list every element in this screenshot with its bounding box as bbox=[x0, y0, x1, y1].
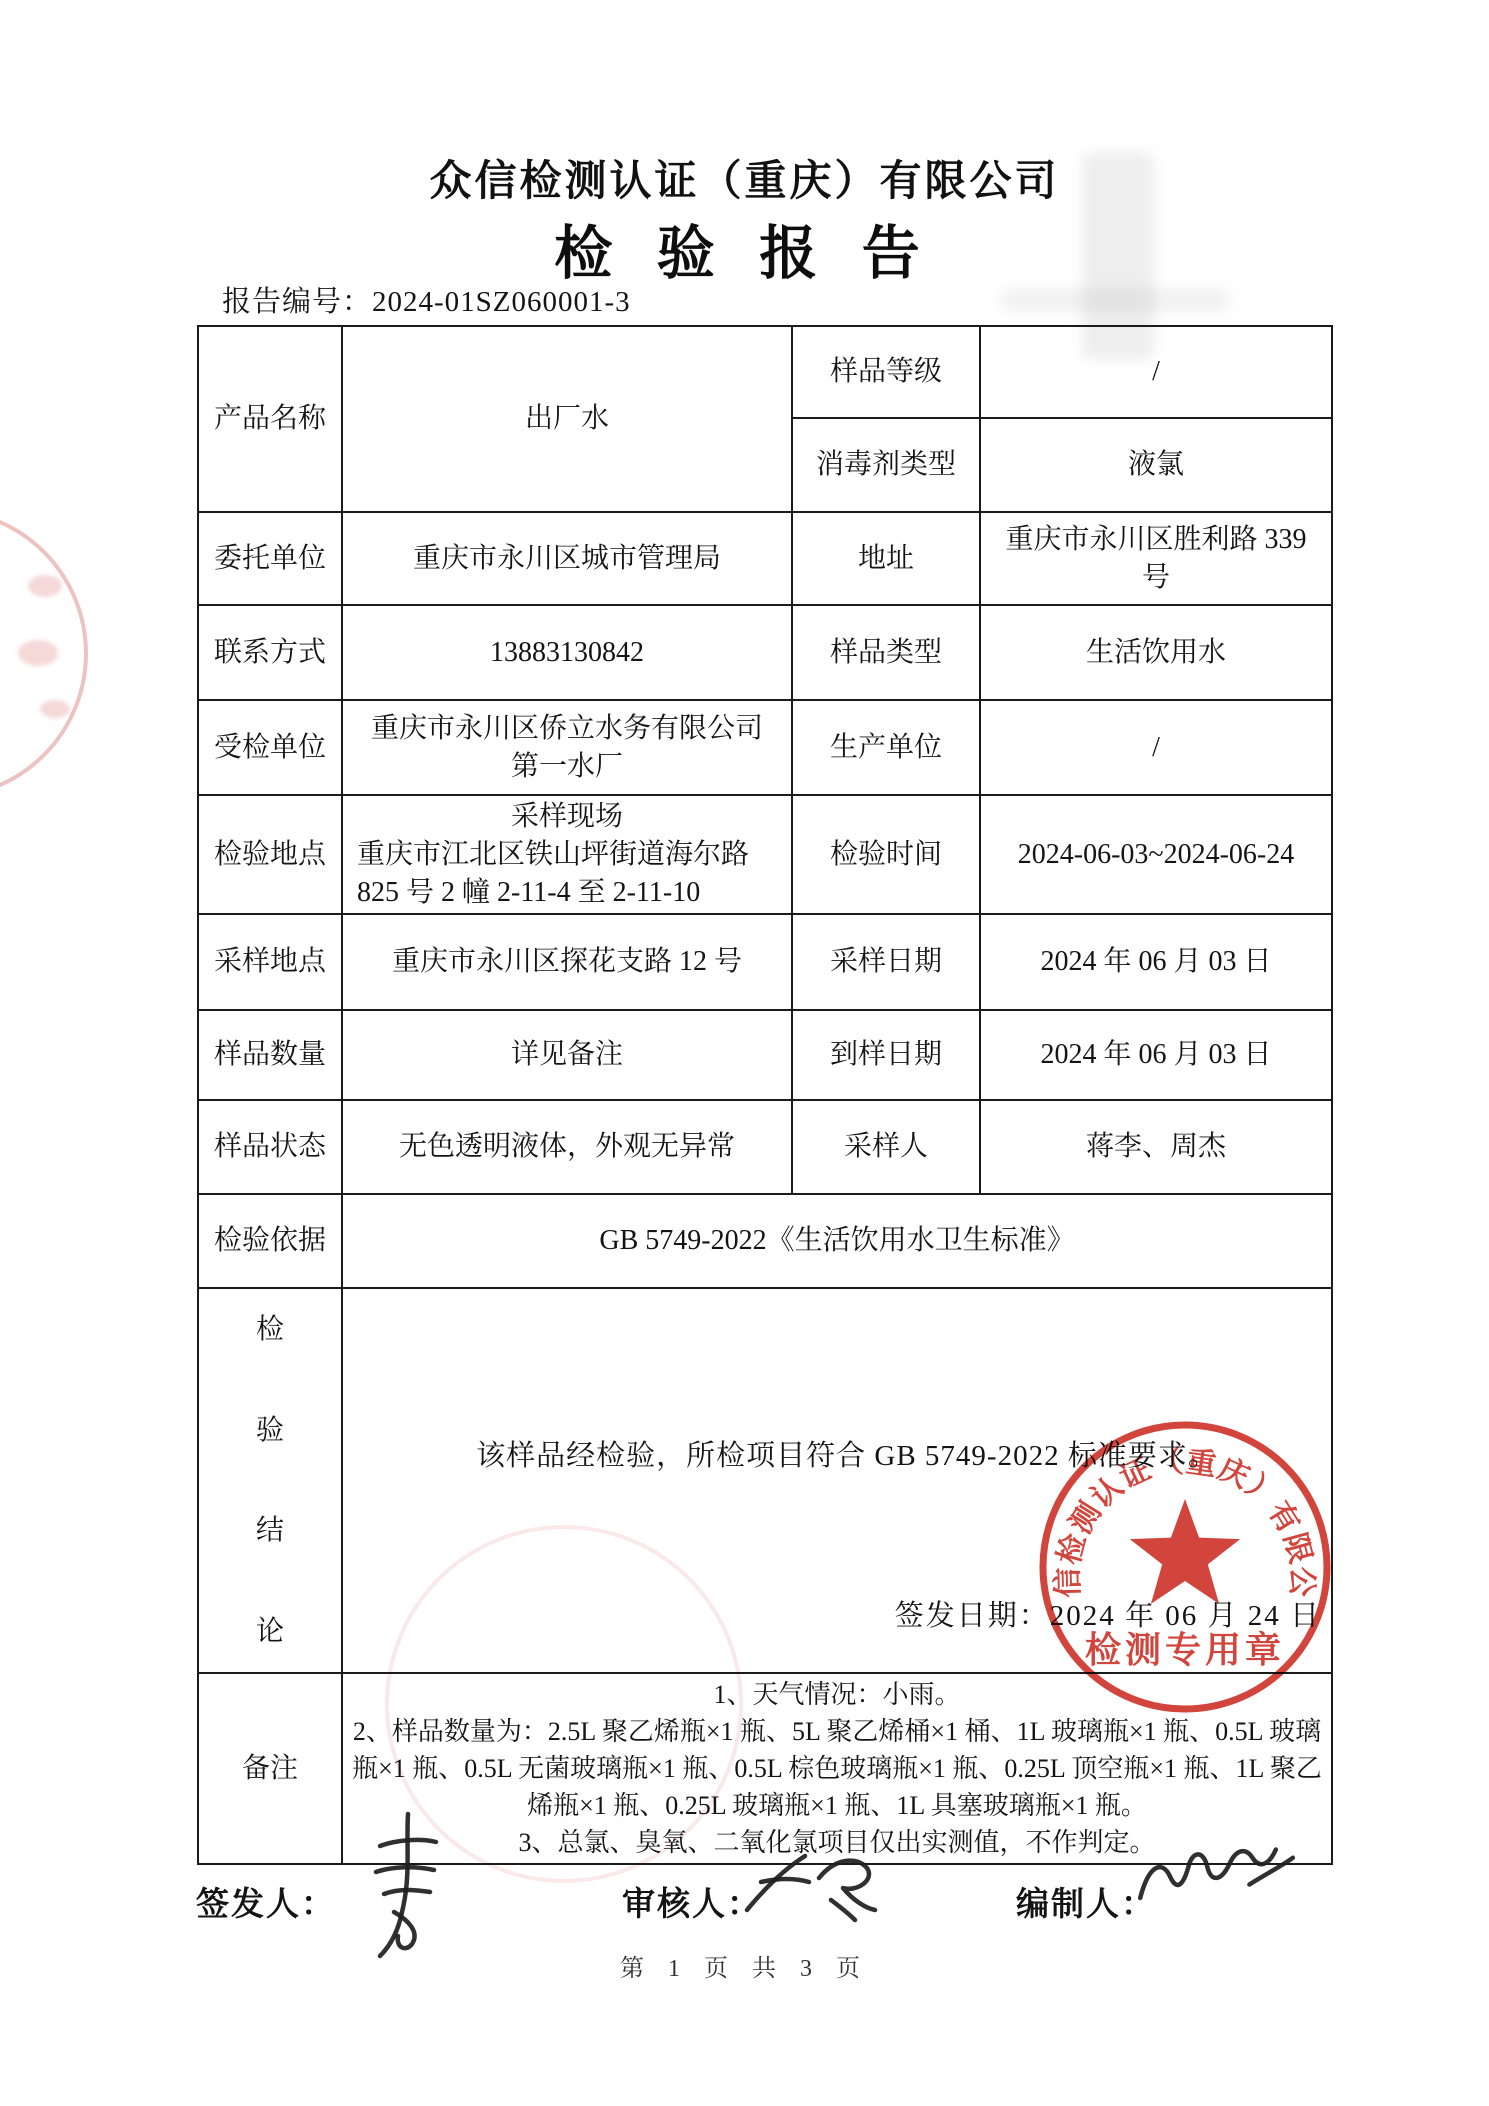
conclusion-label-char: 论 bbox=[256, 1613, 284, 1651]
arrival-date-label: 到样日期 bbox=[792, 1010, 980, 1100]
sample-state-label: 样品状态 bbox=[198, 1100, 342, 1194]
product-name-value: 出厂水 bbox=[342, 326, 792, 512]
stamp-speck bbox=[28, 575, 62, 597]
scan-smudge bbox=[1000, 288, 1230, 312]
sampling-place-label: 采样地点 bbox=[198, 914, 342, 1010]
sample-type-label: 样品类型 bbox=[792, 605, 980, 700]
company-seal: 众信检测认证（重庆）有限公司 检测专用章 bbox=[1030, 1412, 1340, 1722]
sampler-value: 蒋李、周杰 bbox=[980, 1100, 1332, 1194]
seal-caption: 检测专用章 bbox=[1085, 1629, 1285, 1670]
remark-line: 2、样品数量为：2.5L 聚乙烯瓶×1 瓶、5L 聚乙烯桶×1 桶、1L 玻璃瓶… bbox=[347, 1713, 1327, 1824]
sample-type-value: 生活饮用水 bbox=[980, 605, 1332, 700]
producer-label: 生产单位 bbox=[792, 700, 980, 795]
sample-grade-label: 样品等级 bbox=[792, 326, 980, 418]
stamp-speck bbox=[18, 640, 58, 666]
remarks-label: 备注 bbox=[198, 1673, 342, 1864]
report-page: 众信检测认证（重庆）有限公司 检 验 报 告 报告编号：2024-01SZ060… bbox=[0, 0, 1489, 2106]
company-name: 众信检测认证（重庆）有限公司 bbox=[0, 148, 1489, 208]
sampling-date-value: 2024 年 06 月 03 日 bbox=[980, 914, 1332, 1010]
conclusion-label-char: 检 bbox=[256, 1311, 284, 1349]
report-number-label: 报告编号： bbox=[222, 286, 372, 318]
client-unit-value: 重庆市永川区城市管理局 bbox=[342, 512, 792, 605]
issuer-label: 签发人： bbox=[196, 1878, 336, 1925]
inspection-place-value: 采样现场 重庆市江北区铁山坪街道海尔路 825 号 2 幢 2-11-4 至 2… bbox=[342, 795, 792, 914]
sampling-place-value: 重庆市永川区探花支路 12 号 bbox=[342, 914, 792, 1010]
address-value: 重庆市永川区胜利路 339 号 bbox=[980, 512, 1332, 605]
reviewer-signature bbox=[735, 1848, 885, 1928]
arrival-date-value: 2024 年 06 月 03 日 bbox=[980, 1010, 1332, 1100]
report-number-value: 2024-01SZ060001-3 bbox=[372, 286, 631, 318]
sample-grade-value: / bbox=[980, 326, 1332, 418]
issuer-signature bbox=[350, 1810, 460, 1960]
page-footer: 第 1 页 共 3 页 bbox=[0, 1948, 1489, 1983]
report-number: 报告编号：2024-01SZ060001-3 bbox=[222, 279, 631, 320]
sampling-date-label: 采样日期 bbox=[792, 914, 980, 1010]
address-label: 地址 bbox=[792, 512, 980, 605]
disinfectant-type-label: 消毒剂类型 bbox=[792, 418, 980, 512]
inspection-place-site: 采样现场 bbox=[347, 798, 787, 836]
product-name-label: 产品名称 bbox=[198, 326, 342, 512]
sample-quantity-label: 样品数量 bbox=[198, 1010, 342, 1100]
conclusion-label-char: 结 bbox=[256, 1512, 284, 1550]
basis-label: 检验依据 bbox=[198, 1194, 342, 1288]
inspection-place-address: 重庆市江北区铁山坪街道海尔路 825 号 2 幢 2-11-4 至 2-11-1… bbox=[347, 836, 787, 912]
inspection-place-label: 检验地点 bbox=[198, 795, 342, 914]
disinfectant-type-value: 液氯 bbox=[980, 418, 1332, 512]
conclusion-label-char: 验 bbox=[256, 1412, 284, 1450]
basis-value: GB 5749-2022《生活饮用水卫生标准》 bbox=[342, 1194, 1332, 1288]
stamp-speck bbox=[40, 700, 70, 718]
star-icon bbox=[1130, 1499, 1240, 1604]
page-title: 检 验 报 告 bbox=[0, 206, 1489, 290]
inspected-unit-label: 受检单位 bbox=[198, 700, 342, 795]
sample-quantity-value: 详见备注 bbox=[342, 1010, 792, 1100]
client-unit-label: 委托单位 bbox=[198, 512, 342, 605]
sample-state-value: 无色透明液体，外观无异常 bbox=[342, 1100, 792, 1194]
conclusion-label: 检 验 结 论 bbox=[198, 1288, 342, 1673]
inspection-time-value: 2024-06-03~2024-06-24 bbox=[980, 795, 1332, 914]
sampler-label: 采样人 bbox=[792, 1100, 980, 1194]
contact-value: 13883130842 bbox=[342, 605, 792, 700]
inspection-time-label: 检验时间 bbox=[792, 795, 980, 914]
inspected-unit-value: 重庆市永川区侨立水务有限公司第一水厂 bbox=[342, 700, 792, 795]
contact-label: 联系方式 bbox=[198, 605, 342, 700]
producer-value: / bbox=[980, 700, 1332, 795]
